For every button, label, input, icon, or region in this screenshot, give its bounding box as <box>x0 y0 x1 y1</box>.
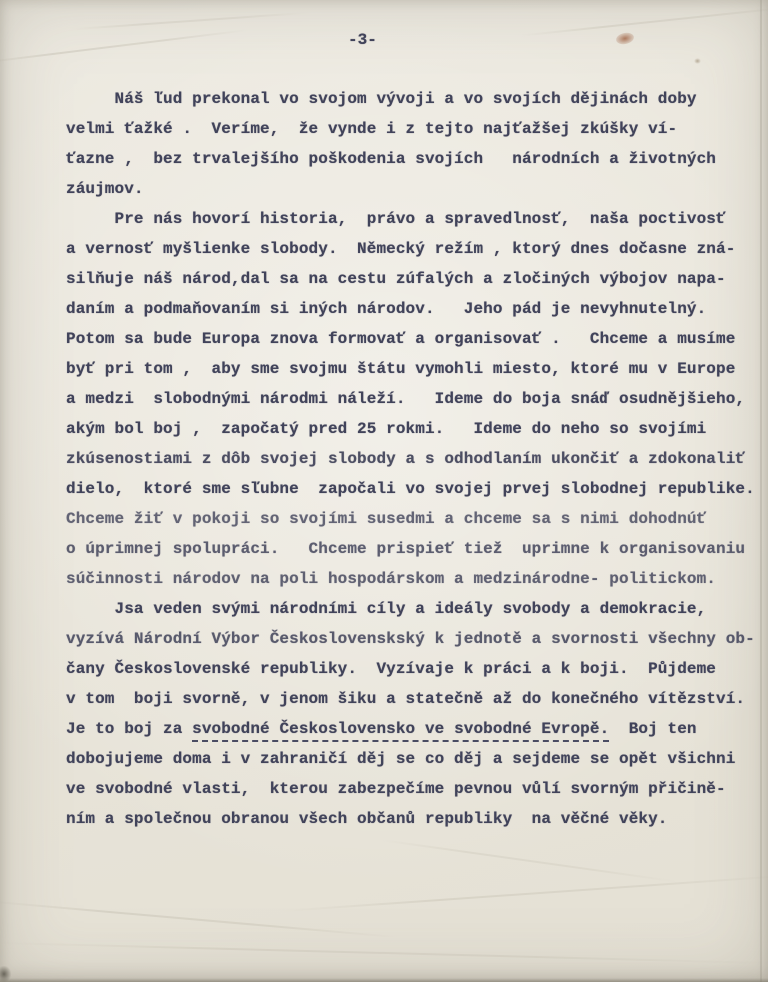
scan-edge-bottom <box>0 978 768 982</box>
text-segment: ve svobodné vlasti, kterou zabezpečíme p… <box>66 780 726 798</box>
text-line: akým bol boj , započatý pred 25 rokmi. I… <box>66 414 756 444</box>
text-line: velmi ťažké . Veríme, že vynde i z tejto… <box>66 114 756 144</box>
text-segment: akým bol boj , započatý pred 25 rokmi. I… <box>66 420 706 438</box>
text-segment: Náš ľud prekonal vo svojom vývoji a vo s… <box>66 90 697 108</box>
text-segment: Chceme žiť v pokoji so svojími susedmi a… <box>66 510 706 528</box>
text-segment: daním a podmaňovaním si iných národov. J… <box>66 300 706 318</box>
text-line: daním a podmaňovaním si iných národov. J… <box>66 294 756 324</box>
text-line: Potom sa bude Europa znova formovať a or… <box>66 324 756 354</box>
text-line: Je to boj za svobodné Československo ve … <box>66 714 756 744</box>
paper-speck <box>694 58 701 64</box>
paper-crease <box>521 5 768 36</box>
text-segment: ťazne , bez trvalejšího poškodenia svojí… <box>66 150 716 168</box>
text-segment: zkúsenostiami z dôb svojej slobody a s o… <box>66 450 745 468</box>
text-segment: Potom sa bude Europa znova formovať a or… <box>66 330 735 348</box>
paper-crease <box>0 29 249 65</box>
text-line: ve svobodné vlasti, kterou zabezpečíme p… <box>66 774 756 804</box>
text-segment: súčinnosti národov na poli hospodárskom … <box>66 570 716 588</box>
paper-crease <box>381 839 678 883</box>
text-segment: Je to boj za <box>66 720 192 738</box>
text-line: vyzívá Národní Výbor Československský k … <box>66 624 756 654</box>
text-line: a medzi slobodnými národmi náleží. Ideme… <box>66 384 756 414</box>
text-line: Jsa veden svými národními cíly a ideály … <box>66 594 756 624</box>
text-line: ťazne , bez trvalejšího poškodenia svojí… <box>66 144 756 174</box>
underlined-text: svobodné Československo ve svobodné Evro… <box>192 720 609 742</box>
text-line: silňuje náš národ,dal sa na cestu zúfalý… <box>66 264 756 294</box>
text-segment: dobojujeme doma i v zahraničí děj se co … <box>66 750 735 768</box>
paper-crease <box>0 942 768 965</box>
text-line: ním a společnou obranou všech občanů rep… <box>66 804 756 834</box>
text-line: zkúsenostiami z dôb svojej slobody a s o… <box>66 444 756 474</box>
text-segment: silňuje náš národ,dal sa na cestu zúfalý… <box>66 270 726 288</box>
text-line: súčinnosti národov na poli hospodárskom … <box>66 564 756 594</box>
paper-crease <box>281 874 768 912</box>
text-line: dielo, ktoré sme sľubne započali vo svoj… <box>66 474 756 504</box>
scan-edge-right <box>760 0 762 982</box>
text-segment: záujmov. <box>66 180 144 198</box>
text-line: záujmov. <box>66 174 756 204</box>
text-segment: Pre nás hovorí historia, právo a spraved… <box>66 210 726 228</box>
scanned-document-page: -3- Náš ľud prekonal vo svojom vývoji a … <box>0 0 768 982</box>
rust-stain <box>615 31 635 46</box>
text-segment: vyzívá Národní Výbor Československský k … <box>66 630 755 648</box>
text-segment: Jsa veden svými národními cíly a ideály … <box>66 600 706 618</box>
paper-crease <box>70 12 310 31</box>
text-line: dobojujeme doma i v zahraničí děj se co … <box>66 744 756 774</box>
text-line: Chceme žiť v pokoji so svojími susedmi a… <box>66 504 756 534</box>
text-line: o úprimnej spolupráci. Chceme prispieť t… <box>66 534 756 564</box>
text-segment: v tom boji svorně, v jenom šiku a stateč… <box>66 690 745 708</box>
text-segment: Boj ten <box>609 720 696 738</box>
text-line: Náš ľud prekonal vo svojom vývoji a vo s… <box>66 84 756 114</box>
text-line: v tom boji svorně, v jenom šiku a stateč… <box>66 684 756 714</box>
text-line: a vernosť myšlienke slobody. Německý rež… <box>66 234 756 264</box>
text-segment: čany Československé republiky. Vyzívaje … <box>66 660 716 678</box>
text-line: byť pri tom , aby sme svojmu štátu vymoh… <box>66 354 756 384</box>
typewritten-text-body: Náš ľud prekonal vo svojom vývoji a vo s… <box>66 84 756 834</box>
text-segment: a vernosť myšlienke slobody. Německý rež… <box>66 240 735 258</box>
text-segment: velmi ťažké . Veríme, že vynde i z tejto… <box>66 120 677 138</box>
text-segment: a medzi slobodnými národmi náleží. Ideme… <box>66 390 745 408</box>
page-number: -3- <box>348 31 420 49</box>
text-line: čany Československé republiky. Vyzívaje … <box>66 654 756 684</box>
text-line: Pre nás hovorí historia, právo a spraved… <box>66 204 756 234</box>
text-segment: ním a společnou obranou všech občanů rep… <box>66 810 668 828</box>
text-segment: o úprimnej spolupráci. Chceme prispieť t… <box>66 540 745 558</box>
text-segment: byť pri tom , aby sme svojmu štátu vymoh… <box>66 360 735 378</box>
text-segment: dielo, ktoré sme sľubne započali vo svoj… <box>66 480 755 498</box>
